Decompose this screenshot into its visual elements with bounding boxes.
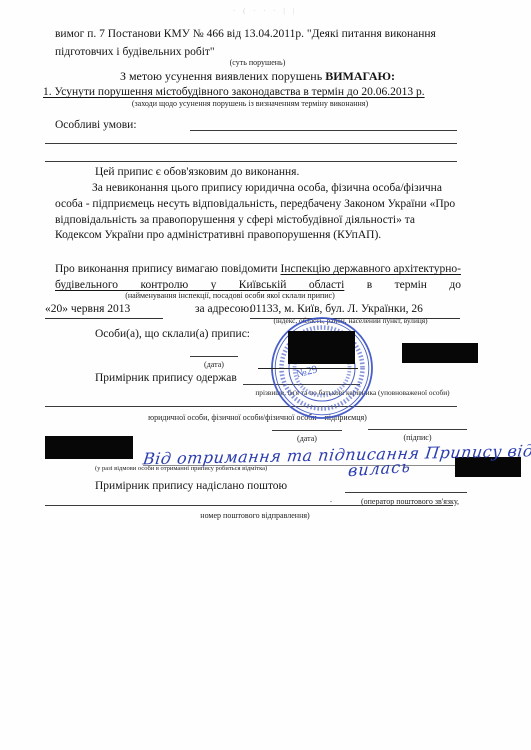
postal-blank-line [45,505,453,506]
note-date: (дата) [178,360,250,369]
note-entity: юридичної особи, фізичної особи/фізичної… [55,413,460,422]
special-conditions-label: Особливі умови: [55,118,137,134]
date-line-2 [272,430,342,431]
date-line [190,356,238,357]
mandatory-sentence: Цей припис є обов'язковим до виконання. [95,165,299,181]
demand-keyword: ВИМАГАЮ: [325,69,395,83]
deadline-date: «20» червня 2013 [45,302,163,319]
scanned-document-page: · ( · · · | | вимог п. 7 Постанови КМУ №… [0,0,531,750]
demand-prefix: З метою усунення виявлених порушень [120,69,325,83]
redaction-box-left [45,436,133,459]
intro-paragraph: вимог п. 7 Постанови КМУ № 466 від 13.04… [55,25,465,61]
note-date-2: (дата) [272,434,342,443]
blank-line [45,143,457,144]
blank-line [190,130,457,131]
mailed-label: Примірник припису надіслано поштою [95,479,287,495]
stamp-number: №29 [295,363,319,380]
signature-line-2 [368,429,467,430]
note-signature: (підпис) [368,433,467,442]
composers-label: Особи(а), що склали(а) припис: [95,327,250,343]
scan-dot: . [330,495,332,504]
signature-line-under-redaction [258,368,358,369]
liability-paragraph: За невиконання цього припису юридична ос… [55,181,462,244]
entity-blank-line [45,406,457,407]
blank-line [45,161,457,162]
received-label: Примірник припису одержав [95,371,237,387]
report-prefix: Про виконання припису вимагаю повідомити [55,263,281,275]
report-paragraph: Про виконання припису вимагаю повідомити… [55,261,461,293]
handwritten-refusal-line2: вилась [347,457,411,481]
note-inspection: (найменування інспекції, посадові особи … [65,291,395,300]
demand-line: З метою усунення виявлених порушень ВИМА… [55,69,460,84]
redaction-box-name [288,331,355,364]
faint-scan-mark: · ( · · · | | [200,7,330,15]
operator-blank-line [345,492,467,493]
note-measures: (заходи щодо усунення порушень із визнач… [55,99,445,108]
note-postal-number: номер поштового відправлення) [145,511,365,520]
redaction-box-signature [402,343,478,363]
report-suffix: в термін до [344,279,461,291]
note-essence: (суть порушень) [55,58,460,67]
